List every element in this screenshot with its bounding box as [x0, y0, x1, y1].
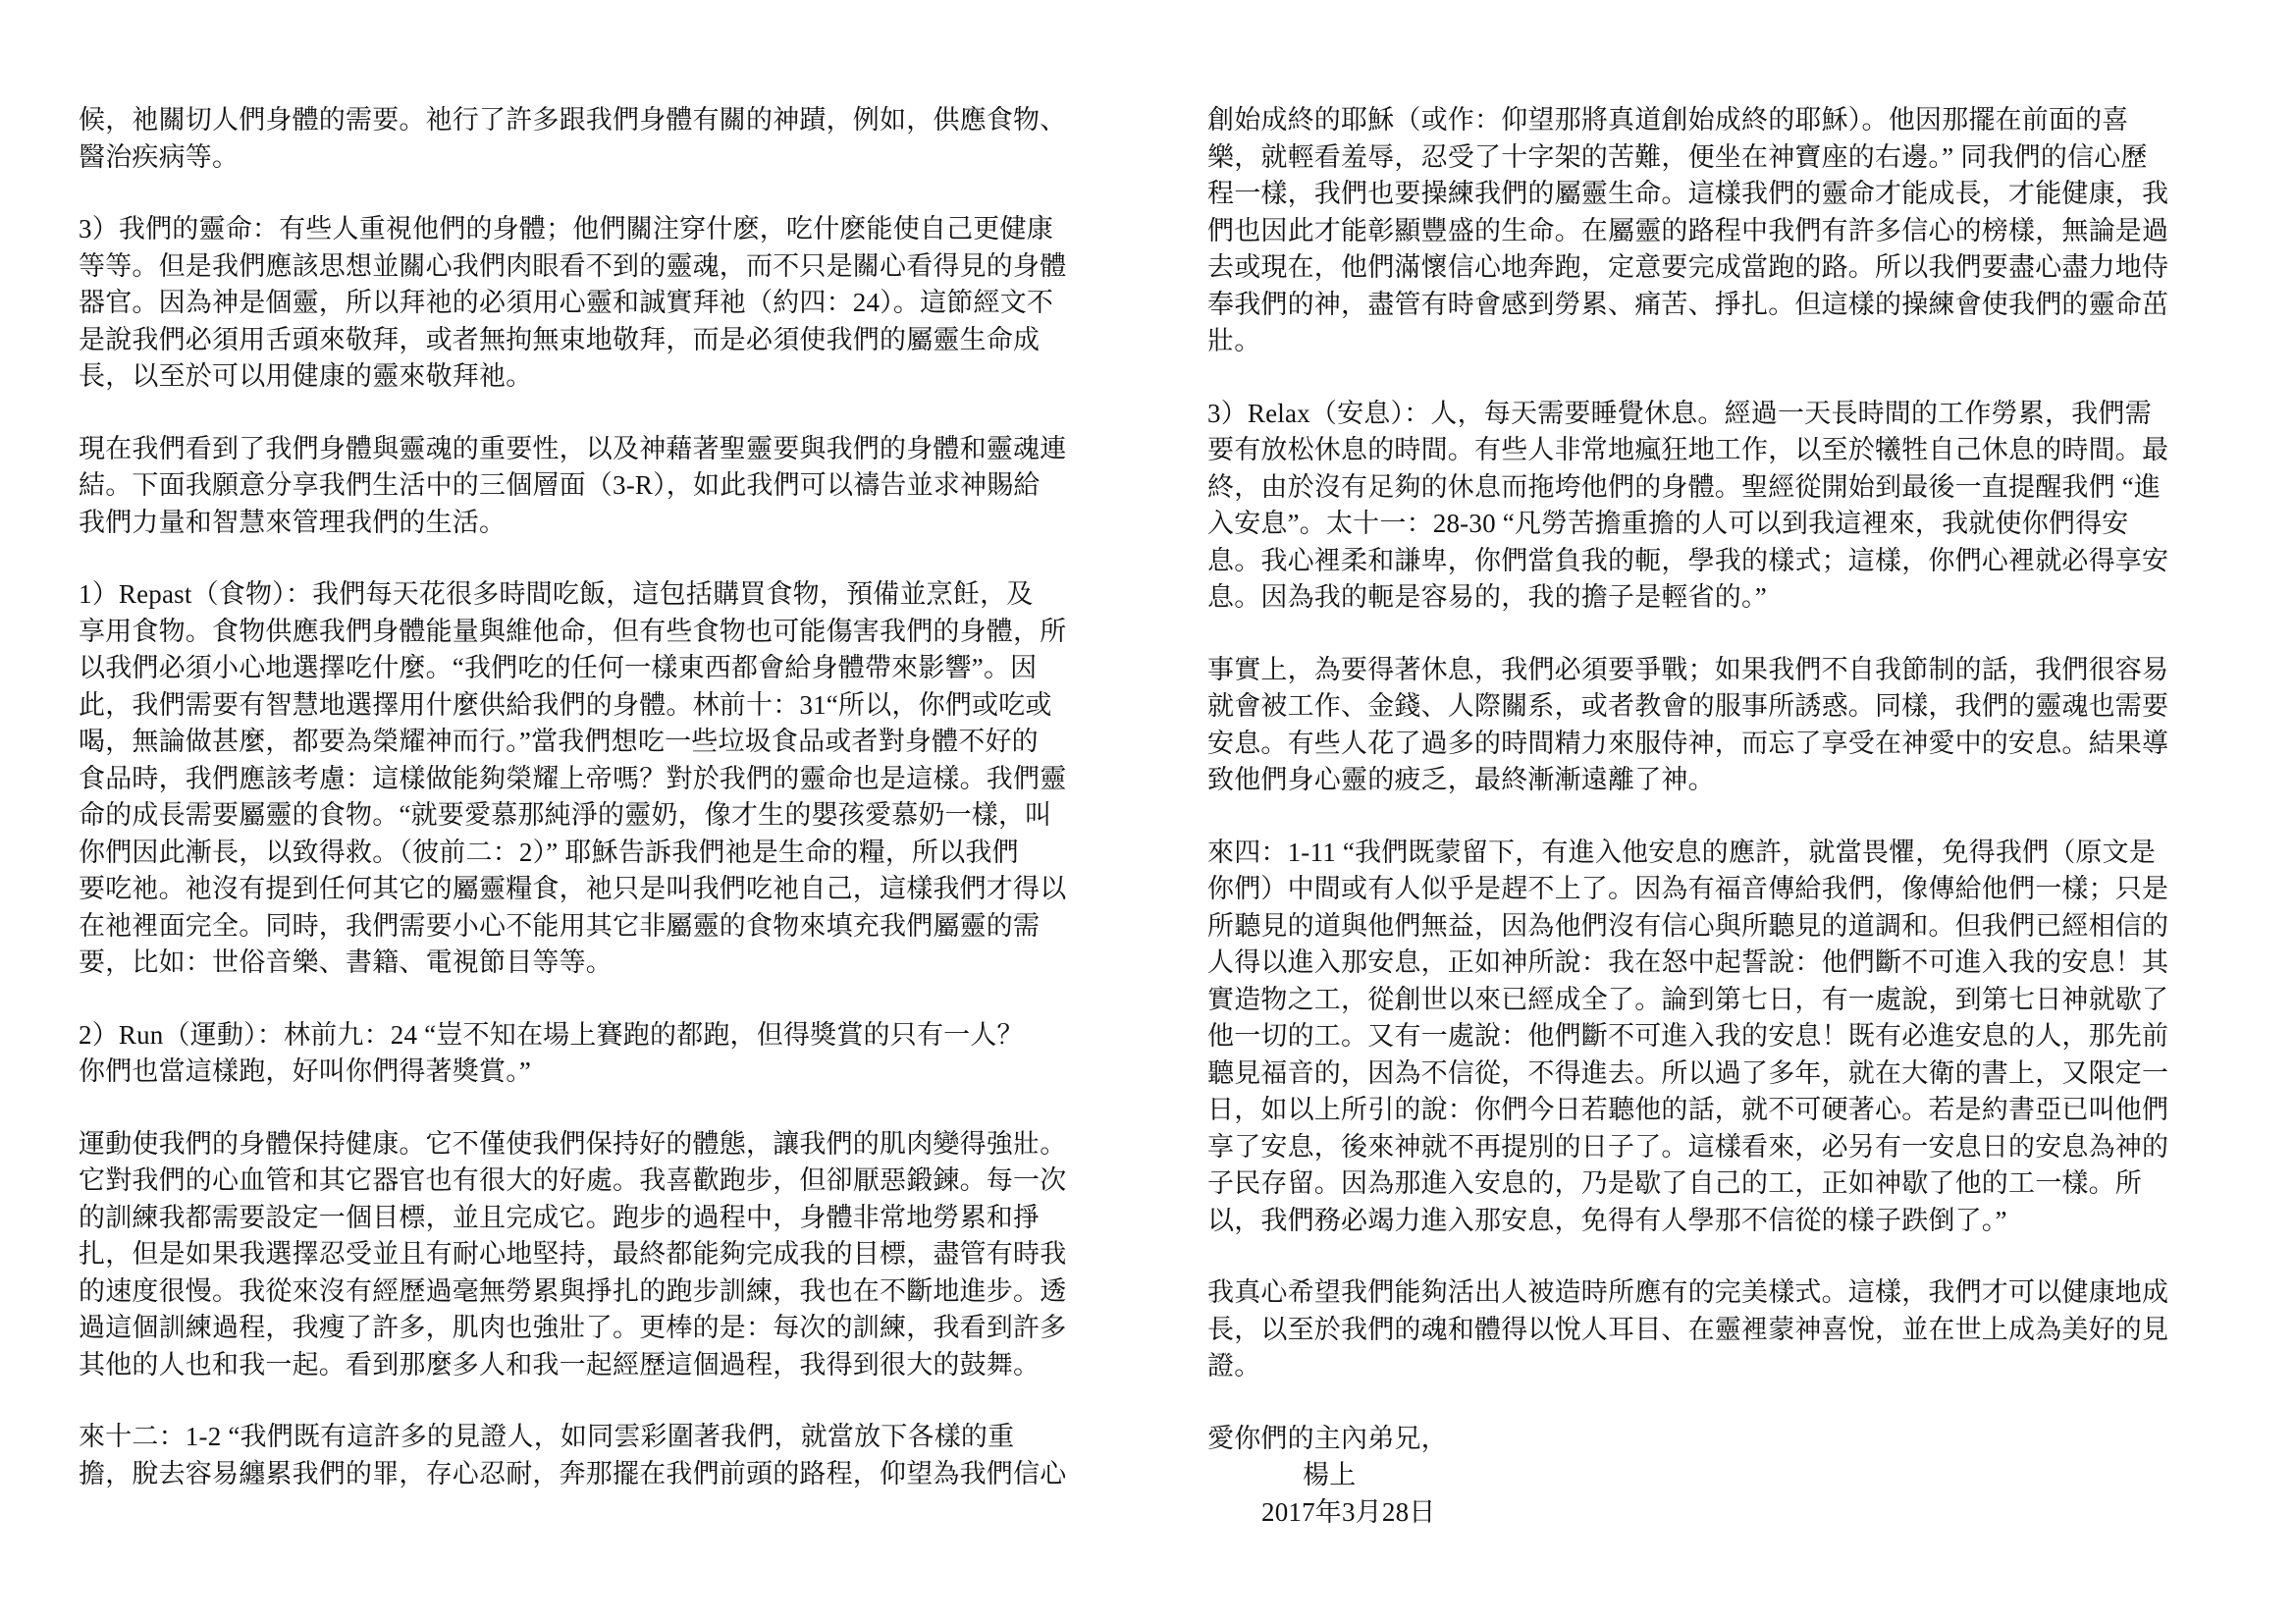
text-line: 2）Run（運動）：林前九：24 “豈不知在場上賽跑的都跑，但得獎賞的只有一人？ [79, 1017, 1119, 1055]
text-line: 樂，就輕看羞辱，忍受了十字架的苦難，便坐在神寶座的右邊。” 同我們的信心歷 [1207, 139, 2248, 177]
text-line: 創始成終的耶穌（或作：仰望那將真道創始成終的耶穌）。他因那擺在前面的喜 [1207, 102, 2248, 139]
signature-closing: 愛你們的主內弟兄， [1207, 1421, 2248, 1458]
text-line: 子民存留。因為那進入安息的，乃是歇了自己的工，正如神歇了他的工一樣。所 [1207, 1165, 2248, 1203]
text-line: 享了安息，後來神就不再提別的日子了。這樣看來，必另有一安息日的安息為神的 [1207, 1129, 2248, 1166]
text-line: 入安息”。太十一：28-30 “凡勞苦擔重擔的人可以到我這裡來，我就使你們得安 [1207, 506, 2248, 543]
paragraph-spiritual-life: 3）我們的靈命：有些人重視他們的身體；他們關注穿什麽，吃什麽能使自己更健康 等等… [79, 211, 1119, 396]
text-line: 3）我們的靈命：有些人重視他們的身體；他們關注穿什麽，吃什麽能使自己更健康 [79, 211, 1119, 248]
text-line: 證。 [1207, 1348, 2248, 1385]
text-line: 要，比如：世俗音樂、書籍、電視節目等等。 [79, 945, 1119, 982]
paragraph-hebrews-12: 來十二：1-2 “我們既有這許多的見證人，如同雲彩圍著我們，就當放下各樣的重 擔… [79, 1419, 1119, 1492]
text-line: 們也因此才能彰顯豐盛的生命。在屬靈的路程中我們有許多信心的榜樣，無論是過 [1207, 213, 2248, 250]
text-line: 你們因此漸長，以致得救。（彼前二：2）” 耶穌告訴我們祂是生命的糧，所以我們 [79, 835, 1119, 872]
text-line: 3）Relax（安息）：人，每天需要睡覺休息。經過一天長時間的工作勞累，我們需 [1207, 396, 2248, 433]
text-line: 息。我心裡柔和謙卑，你們當負我的軛，學我的樣式；這樣，你們心裡就必得享安 [1207, 543, 2248, 580]
text-line: 程一樣，我們也要操練我們的屬靈生命。這樣我們的靈命才能成長，才能健康，我 [1207, 176, 2248, 213]
text-line: 扎，但是如果我選擇忍受並且有耐心地堅持，最終都能夠完成我的目標，盡管有時我 [79, 1236, 1119, 1273]
text-line: 長，以至於可以用健康的靈來敬拜祂。 [79, 358, 1119, 396]
text-line: 候，祂關切人們身體的需要。祂行了許多跟我們身體有關的神蹟，例如，供應食物、 [79, 102, 1119, 139]
text-line: 是說我們必須用舌頭來敬拜，或者無拘無束地敬拜，而是必須使我們的屬靈生命成 [79, 322, 1119, 359]
left-column: 候，祂關切人們身體的需要。祂行了許多跟我們身體有關的神蹟，例如，供應食物、 醫治… [79, 102, 1119, 1528]
signature-name: 楊上 [1207, 1457, 2248, 1494]
text-line: 在祂裡面完全。同時，我們需要小心不能用其它非屬靈的食物來填充我們屬靈的需 [79, 908, 1119, 946]
paragraph-repast: 1）Repast（食物）：我們每天花很多時間吃飯，這包括購買食物，預備並烹飪，及… [79, 576, 1119, 982]
text-line: 奉我們的神，盡管有時會感到勞累、痛苦、掙扎。但這樣的操練會使我們的靈命茁 [1207, 287, 2248, 324]
paragraph-hebrews-12-cont: 創始成終的耶穌（或作：仰望那將真道創始成終的耶穌）。他因那擺在前面的喜 樂，就輕… [1207, 102, 2248, 360]
right-column: 創始成終的耶穌（或作：仰望那將真道創始成終的耶穌）。他因那擺在前面的喜 樂，就輕… [1207, 102, 2248, 1531]
text-line: 的速度很慢。我從來沒有經歷過毫無勞累與掙扎的跑步訓練，我也在不斷地進步。透 [79, 1273, 1119, 1311]
text-line: 我們力量和智慧來管理我們的生活。 [79, 505, 1119, 542]
text-line: 享用食物。食物供應我們身體能量與維他命，但有些食物也可能傷害我們的身體，所 [79, 614, 1119, 651]
text-line: 他一切的工。又有一處說：他們斷不可進入我的安息！既有必進安息的人，那先前 [1207, 1018, 2248, 1056]
text-line: 去或現在，他們滿懷信心地奔跑，定意要完成當跑的路。所以我們要盡心盡力地侍 [1207, 249, 2248, 287]
text-line: 以，我們務必竭力進入那安息，免得有人學那不信從的樣子跌倒了。” [1207, 1203, 2248, 1240]
paragraph-body-care: 候，祂關切人們身體的需要。祂行了許多跟我們身體有關的神蹟，例如，供應食物、 醫治… [79, 102, 1119, 176]
text-line: 結。下面我願意分享我們生活中的三個層面（3-R），如此我們可以禱告並求神賜給 [79, 467, 1119, 505]
text-line: 你們也當這樣跑，好叫你們得著獎賞。” [79, 1054, 1119, 1091]
paragraph-run-verse: 2）Run（運動）：林前九：24 “豈不知在場上賽跑的都跑，但得獎賞的只有一人？… [79, 1017, 1119, 1091]
text-line: 此，我們需要有智慧地選擇用什麼供給我們的身體。林前十：31“所以，你們或吃或 [79, 687, 1119, 725]
text-line: 所聽見的道與他們無益，因為他們沒有信心與所聽見的道調和。但我們已經相信的 [1207, 908, 2248, 946]
text-line: 要吃祂。祂沒有提到任何其它的屬靈糧食，祂只是叫我們吃祂自己，這樣我們才得以 [79, 871, 1119, 908]
text-line: 它對我們的心血管和其它器官也有很大的好處。我喜歡跑步，但卻厭惡鍛鍊。每一次 [79, 1163, 1119, 1200]
paragraph-relax: 3）Relax（安息）：人，每天需要睡覺休息。經過一天長時間的工作勞累，我們需 … [1207, 396, 2248, 617]
text-line: 過這個訓練過程，我瘦了許多，肌肉也強壯了。更棒的是：每次的訓練，我看到許多 [79, 1310, 1119, 1347]
text-line: 食品時，我們應該考慮：這樣做能夠榮耀上帝嗎？對於我們的靈命也是這樣。我們靈 [79, 761, 1119, 798]
text-line: 現在我們看到了我們身體與靈魂的重要性，以及神藉著聖靈要與我們的身體和靈魂連 [79, 431, 1119, 468]
text-line: 等等。但是我們應該思想並關心我們肉眼看不到的靈魂，而不只是關心看得見的身體 [79, 248, 1119, 286]
paragraph-conclusion: 我真心希望我們能夠活出人被造時所應有的完美樣式。這樣，我們才可以健康地成 長，以… [1207, 1274, 2248, 1385]
text-line: 醫治疾病等。 [79, 139, 1119, 177]
text-line: 致他們身心靈的疲乏，最終漸漸遠離了神。 [1207, 762, 2248, 799]
text-line: 長，以至於我們的魂和體得以悅人耳目、在靈裡蒙神喜悅，並在世上成為美好的見 [1207, 1312, 2248, 1349]
text-line: 人得以進入那安息，正如神所說：我在怒中起誓說：他們斷不可進入我的安息！其 [1207, 945, 2248, 982]
text-line: 來四：1-11 “我們既蒙留下，有進入他安息的應許，就當畏懼，免得我們（原文是 [1207, 835, 2248, 872]
text-line: 器官。因為神是個靈，所以拜祂的必須用心靈和誠實拜祂（約四：24）。這節經文不 [79, 285, 1119, 322]
text-line: 要有放松休息的時間。有些人非常地瘋狂地工作，以至於犧牲自己休息的時間。最 [1207, 432, 2248, 469]
text-line: 就會被工作、金錢、人際關系，或者教會的服事所誘惑。同樣，我們的靈魂也需要 [1207, 688, 2248, 726]
text-line: 運動使我們的身體保持健康。它不僅使我們保持好的體態，讓我們的肌肉變得強壯。 [79, 1126, 1119, 1164]
paragraph-three-r-intro: 現在我們看到了我們身體與靈魂的重要性，以及神藉著聖靈要與我們的身體和靈魂連 結。… [79, 431, 1119, 542]
text-line: 我真心希望我們能夠活出人被造時所應有的完美樣式。這樣，我們才可以健康地成 [1207, 1274, 2248, 1312]
signature-date: 2017年3月28日 [1207, 1494, 2248, 1532]
text-line: 喝，無論做甚麼，都要為榮耀神而行。”當我們想吃一些垃圾食品或者對身體不好的 [79, 724, 1119, 761]
text-line: 其他的人也和我一起。看到那麼多人和我一起經歷這個過程，我得到很大的鼓舞。 [79, 1347, 1119, 1384]
text-line: 的訓練我都需要設定一個目標，並且完成它。跑步的過程中，身體非常地勞累和掙 [79, 1200, 1119, 1237]
text-line: 安息。有些人花了過多的時間精力來服侍神，而忘了享受在神愛中的安息。結果導 [1207, 726, 2248, 763]
paragraph-rest-struggle: 事實上，為要得著休息，我們必須要爭戰；如果我們不自我節制的話，我們很容易 就會被… [1207, 652, 2248, 799]
text-line: 息。因為我的軛是容易的，我的擔子是輕省的。” [1207, 579, 2248, 617]
text-line: 壯。 [1207, 323, 2248, 360]
text-line: 1）Repast（食物）：我們每天花很多時間吃飯，這包括購買食物，預備並烹飪，及 [79, 576, 1119, 614]
signature-block: 愛你們的主內弟兄， 楊上 2017年3月28日 [1207, 1421, 2248, 1532]
text-line: 你們）中間或有人似乎是趕不上了。因為有福音傳給我們，像傳給他們一樣；只是 [1207, 871, 2248, 908]
paragraph-hebrews-4: 來四：1-11 “我們既蒙留下，有進入他安息的應許，就當畏懼，免得我們（原文是 … [1207, 835, 2248, 1240]
text-line: 終，由於沒有足夠的休息而拖垮他們的身體。聖經從開始到最後一直提醒我們 “進 [1207, 469, 2248, 507]
text-line: 實造物之工，從創世以來已經成全了。論到第七日，有一處說，到第七日神就歇了 [1207, 982, 2248, 1019]
text-line: 來十二：1-2 “我們既有這許多的見證人，如同雲彩圍著我們，就當放下各樣的重 [79, 1419, 1119, 1456]
paragraph-exercise: 運動使我們的身體保持健康。它不僅使我們保持好的體態，讓我們的肌肉變得強壯。 它對… [79, 1126, 1119, 1384]
text-line: 以我們必須小心地選擇吃什麼。“我們吃的任何一樣東西都會給身體帶來影響”。因 [79, 650, 1119, 687]
text-line: 命的成長需要屬靈的食物。“就要愛慕那純淨的靈奶，像才生的嬰孩愛慕奶一樣，叫 [79, 797, 1119, 835]
text-line: 擔，脫去容易纏累我們的罪，存心忍耐，奔那擺在我們前頭的路程，仰望為我們信心 [79, 1456, 1119, 1493]
text-line: 日，如以上所引的說：你們今日若聽他的話，就不可硬著心。若是約書亞已叫他們 [1207, 1092, 2248, 1129]
text-line: 事實上，為要得著休息，我們必須要爭戰；如果我們不自我節制的話，我們很容易 [1207, 652, 2248, 689]
text-line: 聽見福音的，因為不信從，不得進去。所以過了多年，就在大衛的書上，又限定一 [1207, 1056, 2248, 1093]
